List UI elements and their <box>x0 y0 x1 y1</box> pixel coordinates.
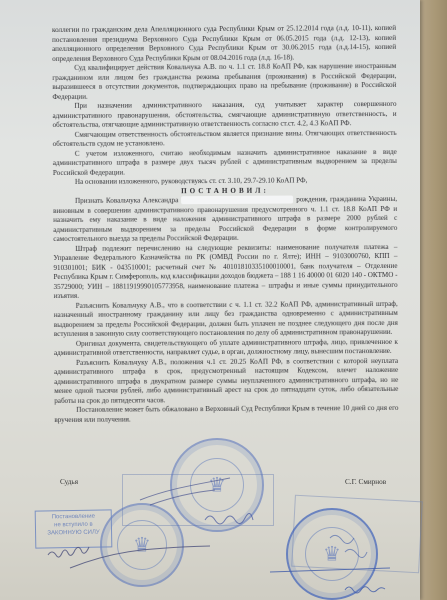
court-document-page: коллегии по гражданским дела Апелляционн… <box>0 0 420 600</box>
handwritten-signatures <box>0 0 420 600</box>
